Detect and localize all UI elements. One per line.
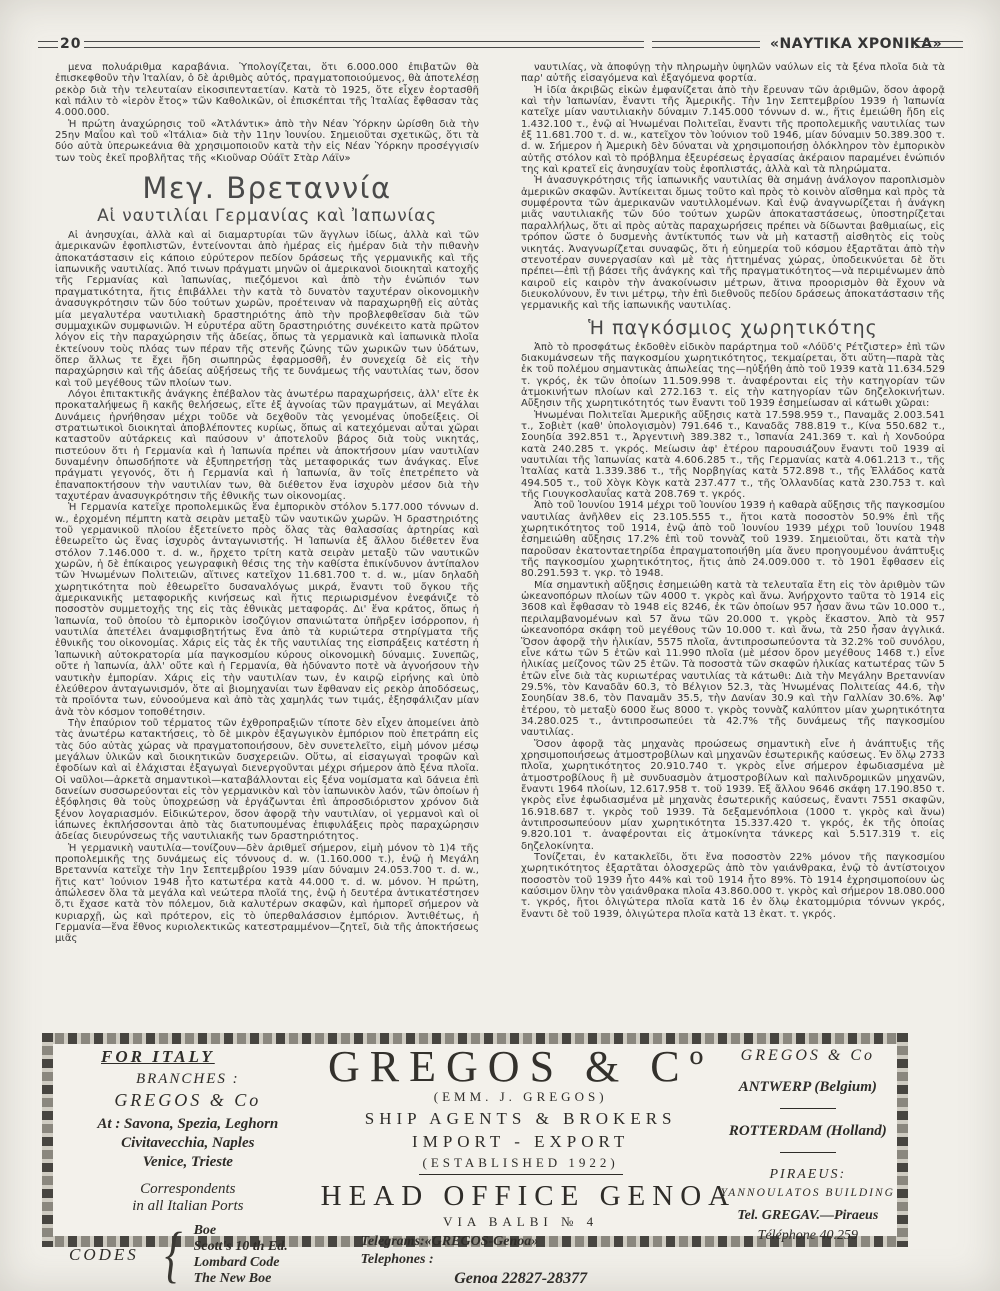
ad-head-office: HEAD OFFICE GENOA (321, 1180, 721, 1213)
section-heading: Μεγ. Βρεταννία Αἱ ναυτιλίαι Γερμανίας κα… (55, 172, 479, 226)
ad-office-piraeus: PIRAEUS: (721, 1167, 895, 1183)
left-column: μενα πολυάριθμα καραβάνια. Ὑπολογίζεται,… (55, 62, 479, 945)
section-title: Ἡ παγκόσμιος χωρητικότης (521, 317, 945, 339)
header-rule-left (38, 41, 58, 48)
ad-ship-agents: SHIP AGENTS & BROKERS (321, 1109, 721, 1129)
ad-for-italy-label: FOR ITALY (101, 1047, 321, 1067)
header-rule-middle2 (652, 41, 760, 48)
right-column: ναυτιλίας, νὰ ἀποφύγῃ τὴν πληρωμὴν ὑψηλῶ… (521, 62, 945, 920)
ad-piraeus-phone: Téléphone 40.259 (721, 1228, 895, 1244)
ad-established: (ESTABLISHED 1922) (419, 1155, 623, 1175)
ad-piraeus-building: YANNOULATOS BUILDING (721, 1187, 895, 1199)
paragraph: Λόγοι ἐπιτακτικῆς ἀνάγκης ἐπέβαλον τὰς ἀ… (55, 389, 479, 502)
divider (780, 1108, 836, 1109)
ad-code-item: Lombard Code (194, 1255, 288, 1271)
section-title: Μεγ. Βρεταννία (55, 172, 479, 204)
ad-owner: (EMM. J. GREGOS) (321, 1089, 721, 1105)
ad-border-left (42, 1033, 53, 1247)
paragraph: Ὅσον ἀφορᾷ τὰς μηχανὰς προώσεως σημαντικ… (521, 739, 945, 852)
ad-codes-label: CODES (69, 1245, 139, 1265)
ad-codes: CODES { Boe Scott's 10 th Ed. Lombard Co… (55, 1223, 321, 1287)
ad-office-antwerp: ANTWERP (Belgium) (721, 1079, 895, 1096)
paragraph: Ἀπὸ τὸ προσφάτως ἐκδοθὲν εἰδικὸν παράρτη… (521, 342, 945, 410)
ad-code-item: Scott's 10 th Ed. (194, 1239, 288, 1255)
ad-address: VIA BALBI № 4 (321, 1214, 721, 1230)
ad-company-name: GREGOS & Cº (321, 1045, 721, 1089)
paragraph: Ἡ γερμανικὴ ναυτιλία—τονίζουν—δὲν ἀριθμε… (55, 843, 479, 945)
ad-telephones-label: Telephones : (361, 1252, 721, 1268)
paragraph: μενα πολυάριθμα καραβάνια. Ὑπολογίζεται,… (55, 62, 479, 119)
ad-italy-branches: FOR ITALY BRANCHES : GREGOS & Co At : Sa… (55, 1045, 321, 1235)
ad-main: GREGOS & Cº (EMM. J. GREGOS) SHIP AGENTS… (321, 1045, 721, 1235)
ad-branch-cities: At : Savona, Spezia, Leghorn (55, 1115, 321, 1134)
header-rule-right (915, 41, 963, 48)
ad-border-right (897, 1033, 908, 1247)
ad-branch-cities: Civitavecchia, Naples (55, 1134, 321, 1153)
ad-code-item: The New Boe (194, 1271, 288, 1287)
ad-branch-cities: Venice, Trieste (55, 1153, 321, 1172)
paragraph: ναυτιλίας, νὰ ἀποφύγῃ τὴν πληρωμὴν ὑψηλῶ… (521, 62, 945, 85)
ad-branches-label: BRANCHES : (55, 1071, 321, 1088)
header-rule-middle (84, 41, 644, 48)
ad-phone-number: Genoa 22827-28377 (321, 1270, 721, 1288)
ad-offices: GREGOS & Co ANTWERP (Belgium) ROTTERDAM … (721, 1045, 895, 1235)
paragraph: Ἡ Γερμανία κατεῖχε προπολεμικῶς ἕνα ἐμπο… (55, 502, 479, 718)
paragraph: Τονίζεται, ἐν κατακλεῖδι, ὅτι ἕνα ποσοστ… (521, 852, 945, 920)
ad-content: FOR ITALY BRANCHES : GREGOS & Co At : Sa… (55, 1045, 895, 1235)
ad-office-rotterdam: ROTTERDAM (Holland) (721, 1123, 895, 1140)
paragraph: Μία σημαντικὴ αὔξησις ἐσημειώθη κατὰ τὰ … (521, 580, 945, 739)
section-subtitle: Αἱ ναυτιλίαι Γερμανίας καὶ Ἰαπωνίας (55, 206, 479, 226)
paragraph: Αἱ ἀνησυχίαι, ἀλλὰ καὶ αἱ διαμαρτυρίαι τ… (55, 230, 479, 389)
paragraph: Ἡ ἰδία ἀκριβῶς εἰκὼν ἐμφανίζεται ἀπὸ τὴν… (521, 85, 945, 176)
ad-company-name-small: GREGOS & Co (721, 1047, 895, 1065)
paragraph: Ἀπὸ τοῦ Ἰουνίου 1914 μέχρι τοῦ Ἰουνίου 1… (521, 500, 945, 579)
paragraph: Ἡ ἀνασυγκρότησις τῆς ἰαπωνικῆς ναυτιλίας… (521, 175, 945, 311)
ad-telegrams: Telegrams:«GREGOS-Genoa» (361, 1234, 721, 1250)
paragraph: Ἡ πρώτη ἀναχώρησις τοῦ «Ἀτλάντικ» ἀπὸ τὴ… (55, 119, 479, 164)
ad-correspondents: Correspondents in all Italian Ports (55, 1181, 321, 1215)
ad-piraeus-telegram: Tel. GREGAV.—Piraeus (721, 1208, 895, 1224)
divider (780, 1152, 836, 1153)
ad-code-item: Boe (194, 1223, 288, 1239)
brace-icon: { (165, 1226, 182, 1284)
ad-codes-list: Boe Scott's 10 th Ed. Lombard Code The N… (194, 1223, 288, 1287)
paragraph: Ἡνωμέναι Πολιτεῖαι Ἀμερικῆς αὔξησις κατὰ… (521, 410, 945, 501)
gregos-advertisement: FOR ITALY BRANCHES : GREGOS & Co At : Sa… (42, 1033, 908, 1247)
ad-import-export: IMPORT - EXPORT (321, 1132, 721, 1152)
page-number: 20 (60, 36, 81, 52)
paragraph: Τὴν ἐπαύριον τοῦ τέρματος τῶν ἐχθροπραξι… (55, 718, 479, 843)
magazine-page: 20 «ΝΑΥΤΙΚΑ ΧΡΟΝΙΚΑ» μενα πολυάριθμα καρ… (0, 0, 1000, 1291)
ad-branches-company: GREGOS & Co (55, 1090, 321, 1111)
